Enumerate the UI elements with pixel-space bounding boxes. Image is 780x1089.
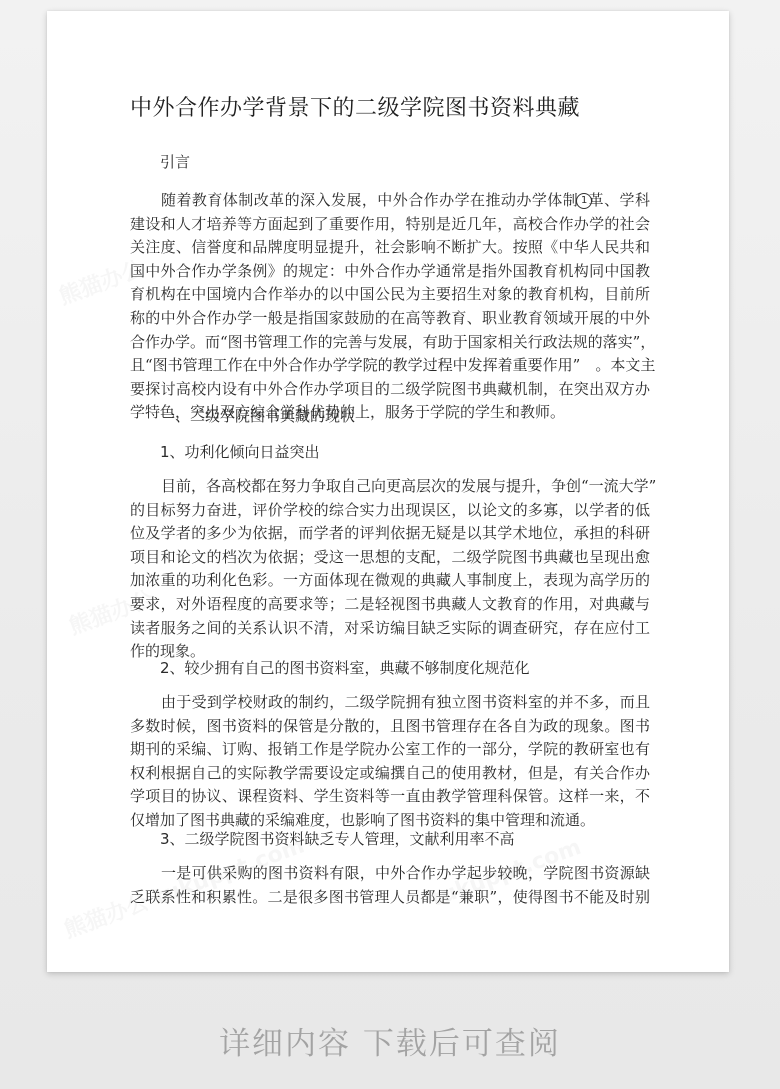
paragraph-line: 目前，各高校都在努力争取自己向更高层次的发展与提升，争创“一流大学” bbox=[130, 475, 650, 499]
paragraph-line: 要求，对外语程度的高要求等；二是轻视图书典藏人文教育的作用，对典藏与 bbox=[130, 593, 650, 617]
document-title: 中外合作办学背景下的二级学院图书资料典藏 bbox=[130, 91, 580, 122]
paragraph-line: 多数时候，图书资料的保管是分散的，且图书管理存在各自为政的现象。图书 bbox=[130, 715, 650, 739]
paragraph-line: 国中外合作办学条例》的规定：中外合作办学通常是指外国教育机构同中国教 bbox=[130, 260, 650, 284]
subsection-3-paragraph: 一是可供采购的图书资料有限，中外合作办学起步较晚，学院图书资源缺 乏联系性和积累… bbox=[130, 862, 650, 909]
paragraph-line: 由于受到学校财政的制约，二级学院拥有独立图书资料室的并不多，而且 bbox=[130, 691, 650, 715]
paragraph-line: 育机构在中国境内合作举办的以中国公民为主要招生对象的教育机构，目前所 bbox=[130, 283, 650, 307]
subsection-heading-1: 1、功利化倾向日益突出 bbox=[160, 441, 320, 462]
section-heading-1: 一、二级学院图书典藏的现状 bbox=[160, 405, 355, 426]
subsection-heading-3: 3、二级学院图书资料缺乏专人管理，文献利用率不高 bbox=[160, 828, 515, 849]
paragraph-line: 合作办学。而“图书管理工作的完善与发展，有助于国家相关行政法规的落实”， bbox=[130, 331, 650, 355]
document-page: 熊猫办公 熊猫办公 熊猫办公 tukuppt.com tukuppt.com 中… bbox=[47, 11, 729, 972]
subsection-2-paragraph: 由于受到学校财政的制约，二级学院拥有独立图书资料室的并不多，而且 多数时候，图书… bbox=[130, 691, 650, 833]
subsection-1-paragraph: 目前，各高校都在努力争取自己向更高层次的发展与提升，争创“一流大学” 的目标努力… bbox=[130, 475, 650, 664]
subsection-heading-2: 2、较少拥有自己的图书资料室，典藏不够制度化规范化 bbox=[160, 657, 530, 678]
paragraph-line: 随着教育体制改革的深入发展，中外合作办学在推动办学体制1革、学科 bbox=[130, 189, 650, 213]
paragraph-line: 权利根据自己的实际教学需要设定或编撰自己的使用教材，但是，有关合作办 bbox=[130, 762, 650, 786]
paragraph-line: 学项目的协议、课程资料、学生资料等一直由教学管理科保管。这样一来，不 bbox=[130, 785, 650, 809]
paragraph-line: 关注度、信誉度和品牌度明显提升，社会影响不断扩大。按照《中华人民共和 bbox=[130, 236, 650, 260]
paragraph-line: 且“图书管理工作在中外合作办学学院的教学过程中发挥着重要作用” 。本文主 bbox=[130, 354, 650, 378]
paragraph-line: 一是可供采购的图书资料有限，中外合作办学起步较晚，学院图书资源缺 bbox=[130, 862, 650, 886]
paragraph-line: 建设和人才培养等方面起到了重要作用，特别是近几年，高校合作办学的社会 bbox=[130, 213, 650, 237]
paragraph-line: 称的中外合作办学一般是指国家鼓励的在高等教育、职业教育领域开展的中外 bbox=[130, 307, 650, 331]
paragraph-line: 的目标努力奋进，评价学校的综合实力出现误区，以论文的多寡，以学者的低 bbox=[130, 499, 650, 523]
paragraph-line: 加浓重的功利化色彩。一方面体现在微观的典藏人事制度上，表现为高学历的 bbox=[130, 569, 650, 593]
download-to-view-prompt[interactable]: 详细内容 下载后可查阅 bbox=[0, 1018, 780, 1063]
paragraph-line: 要探讨高校内设有中外合作办学项目的二级学院图书典藏机制，在突出双方办 bbox=[130, 378, 650, 402]
intro-label: 引言 bbox=[160, 151, 190, 172]
paragraph-line: 位及学者的多少为依据，而学者的评判依据无疑是以其学术地位，承担的科研 bbox=[130, 522, 650, 546]
intro-paragraph: 随着教育体制改革的深入发展，中外合作办学在推动办学体制1革、学科 建设和人才培养… bbox=[130, 189, 650, 425]
paragraph-line: 项目和论文的档次为依据；受这一思想的支配，二级学院图书典藏也呈现出愈 bbox=[130, 546, 650, 570]
paragraph-line: 期刊的采编、订购、报销工作是学院办公室工作的一部分，学院的教研室也有 bbox=[130, 738, 650, 762]
paragraph-line: 读者服务之间的关系认识不清，对采访编目缺乏实际的调查研究，存在应付工 bbox=[130, 617, 650, 641]
paragraph-line: 乏联系性和积累性。二是很多图书管理人员都是“兼职”，使得图书不能及时别 bbox=[130, 886, 650, 910]
